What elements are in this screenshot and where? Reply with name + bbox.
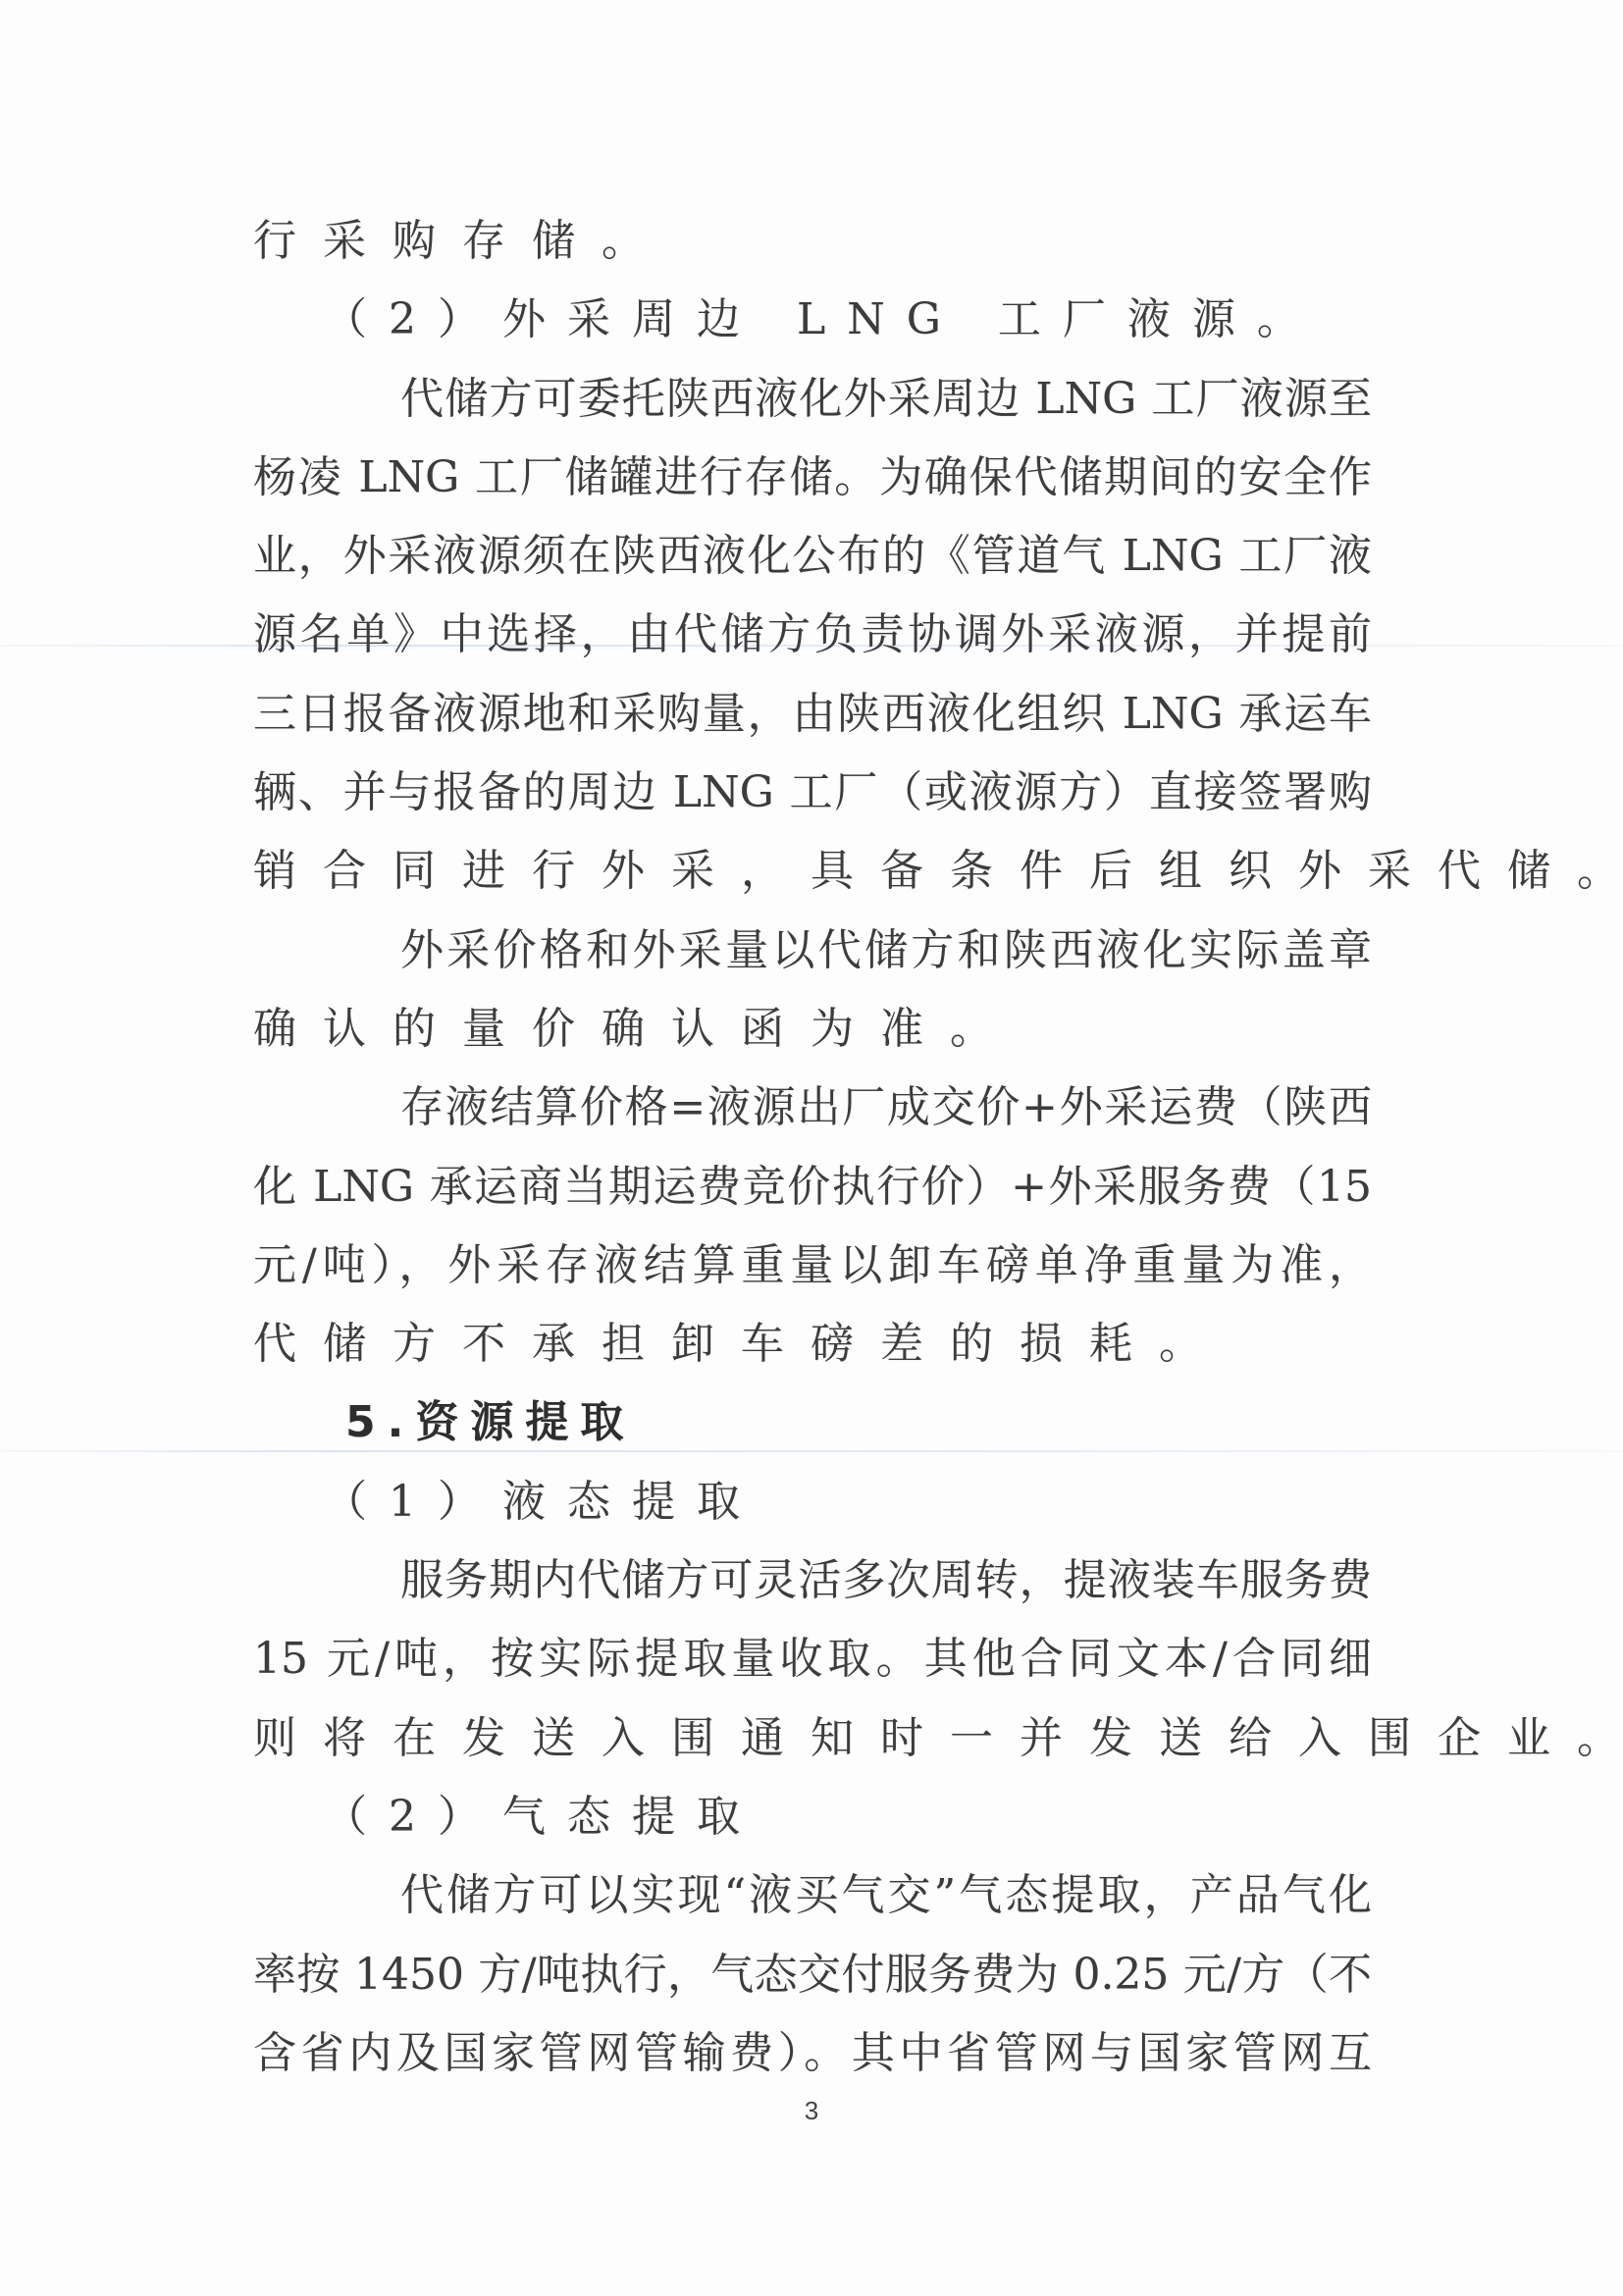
paragraph-line: 销合同进行外采，具备条件后组织外采代储。 <box>253 832 1372 911</box>
body-text: 行采购存储。 （2）外采周边 LNG 工厂液源。 代储方可委托陕西液化外采周边 … <box>253 202 1372 2093</box>
paragraph-line: 三日报备液源地和采购量，由陕西液化组织 LNG 承运车 <box>253 675 1372 754</box>
paragraph-line: 元/吨），外采存液结算重量以卸车磅单净重量为准， <box>253 1226 1372 1305</box>
document-page: 行采购存储。 （2）外采周边 LNG 工厂液源。 代储方可委托陕西液化外采周边 … <box>0 0 1623 2296</box>
paragraph-line: 15 元/吨，按实际提取量收取。其他合同文本/合同细 <box>253 1620 1372 1698</box>
paragraph-line: 率按 1450 方/吨执行，气态交付服务费为 0.25 元/方（不 <box>253 1936 1372 2014</box>
paragraph-line: 含省内及国家管网管输费）。其中省管网与国家管网互 <box>253 2014 1372 2093</box>
paragraph-line: 源名单》中选择，由代储方负责协调外采液源，并提前 <box>253 596 1372 674</box>
paragraph-line: 确认的量价确认函为准。 <box>253 990 1372 1069</box>
subheading-external-lng-source: （2）外采周边 LNG 工厂液源。 <box>253 281 1372 359</box>
paragraph-line: 代储方可以实现“液买气交”气态提取，产品气化 <box>253 1856 1372 1935</box>
paragraph-line: 化 LNG 承运商当期运费竞价执行价）+外采服务费（15 <box>253 1148 1372 1226</box>
paragraph-line: 存液结算价格=液源出厂成交价+外采运费（陕西液 <box>253 1069 1372 1147</box>
paragraph-line: 杨凌 LNG 工厂储罐进行存储。为确保代储期间的安全作 <box>253 439 1372 517</box>
paragraph-line: 业，外采液源须在陕西液化公布的《管道气 LNG 工厂液 <box>253 517 1372 596</box>
page-number: 3 <box>802 2096 821 2126</box>
subheading-liquid-extraction: （1）液态提取 <box>253 1463 1372 1541</box>
paragraph-line: 服务期内代储方可灵活多次周转，提液装车服务费 <box>253 1541 1372 1620</box>
subheading-gas-extraction: （2）气态提取 <box>253 1778 1372 1856</box>
paragraph-line: 代储方不承担卸车磅差的损耗。 <box>253 1305 1372 1383</box>
section-heading-resource-extraction: 5.资源提取 <box>253 1383 1372 1462</box>
paragraph-line: 则将在发送入围通知时一并发送给入围企业。 <box>253 1699 1372 1778</box>
paragraph-line: 代储方可委托陕西液化外采周边 LNG 工厂液源至 <box>253 360 1372 439</box>
paragraph-line: 外采价格和外采量以代储方和陕西液化实际盖章 <box>253 912 1372 990</box>
paragraph-line: 辆、并与报备的周边 LNG 工厂（或液源方）直接签署购 <box>253 754 1372 832</box>
paragraph-line: 行采购存储。 <box>253 202 1372 281</box>
